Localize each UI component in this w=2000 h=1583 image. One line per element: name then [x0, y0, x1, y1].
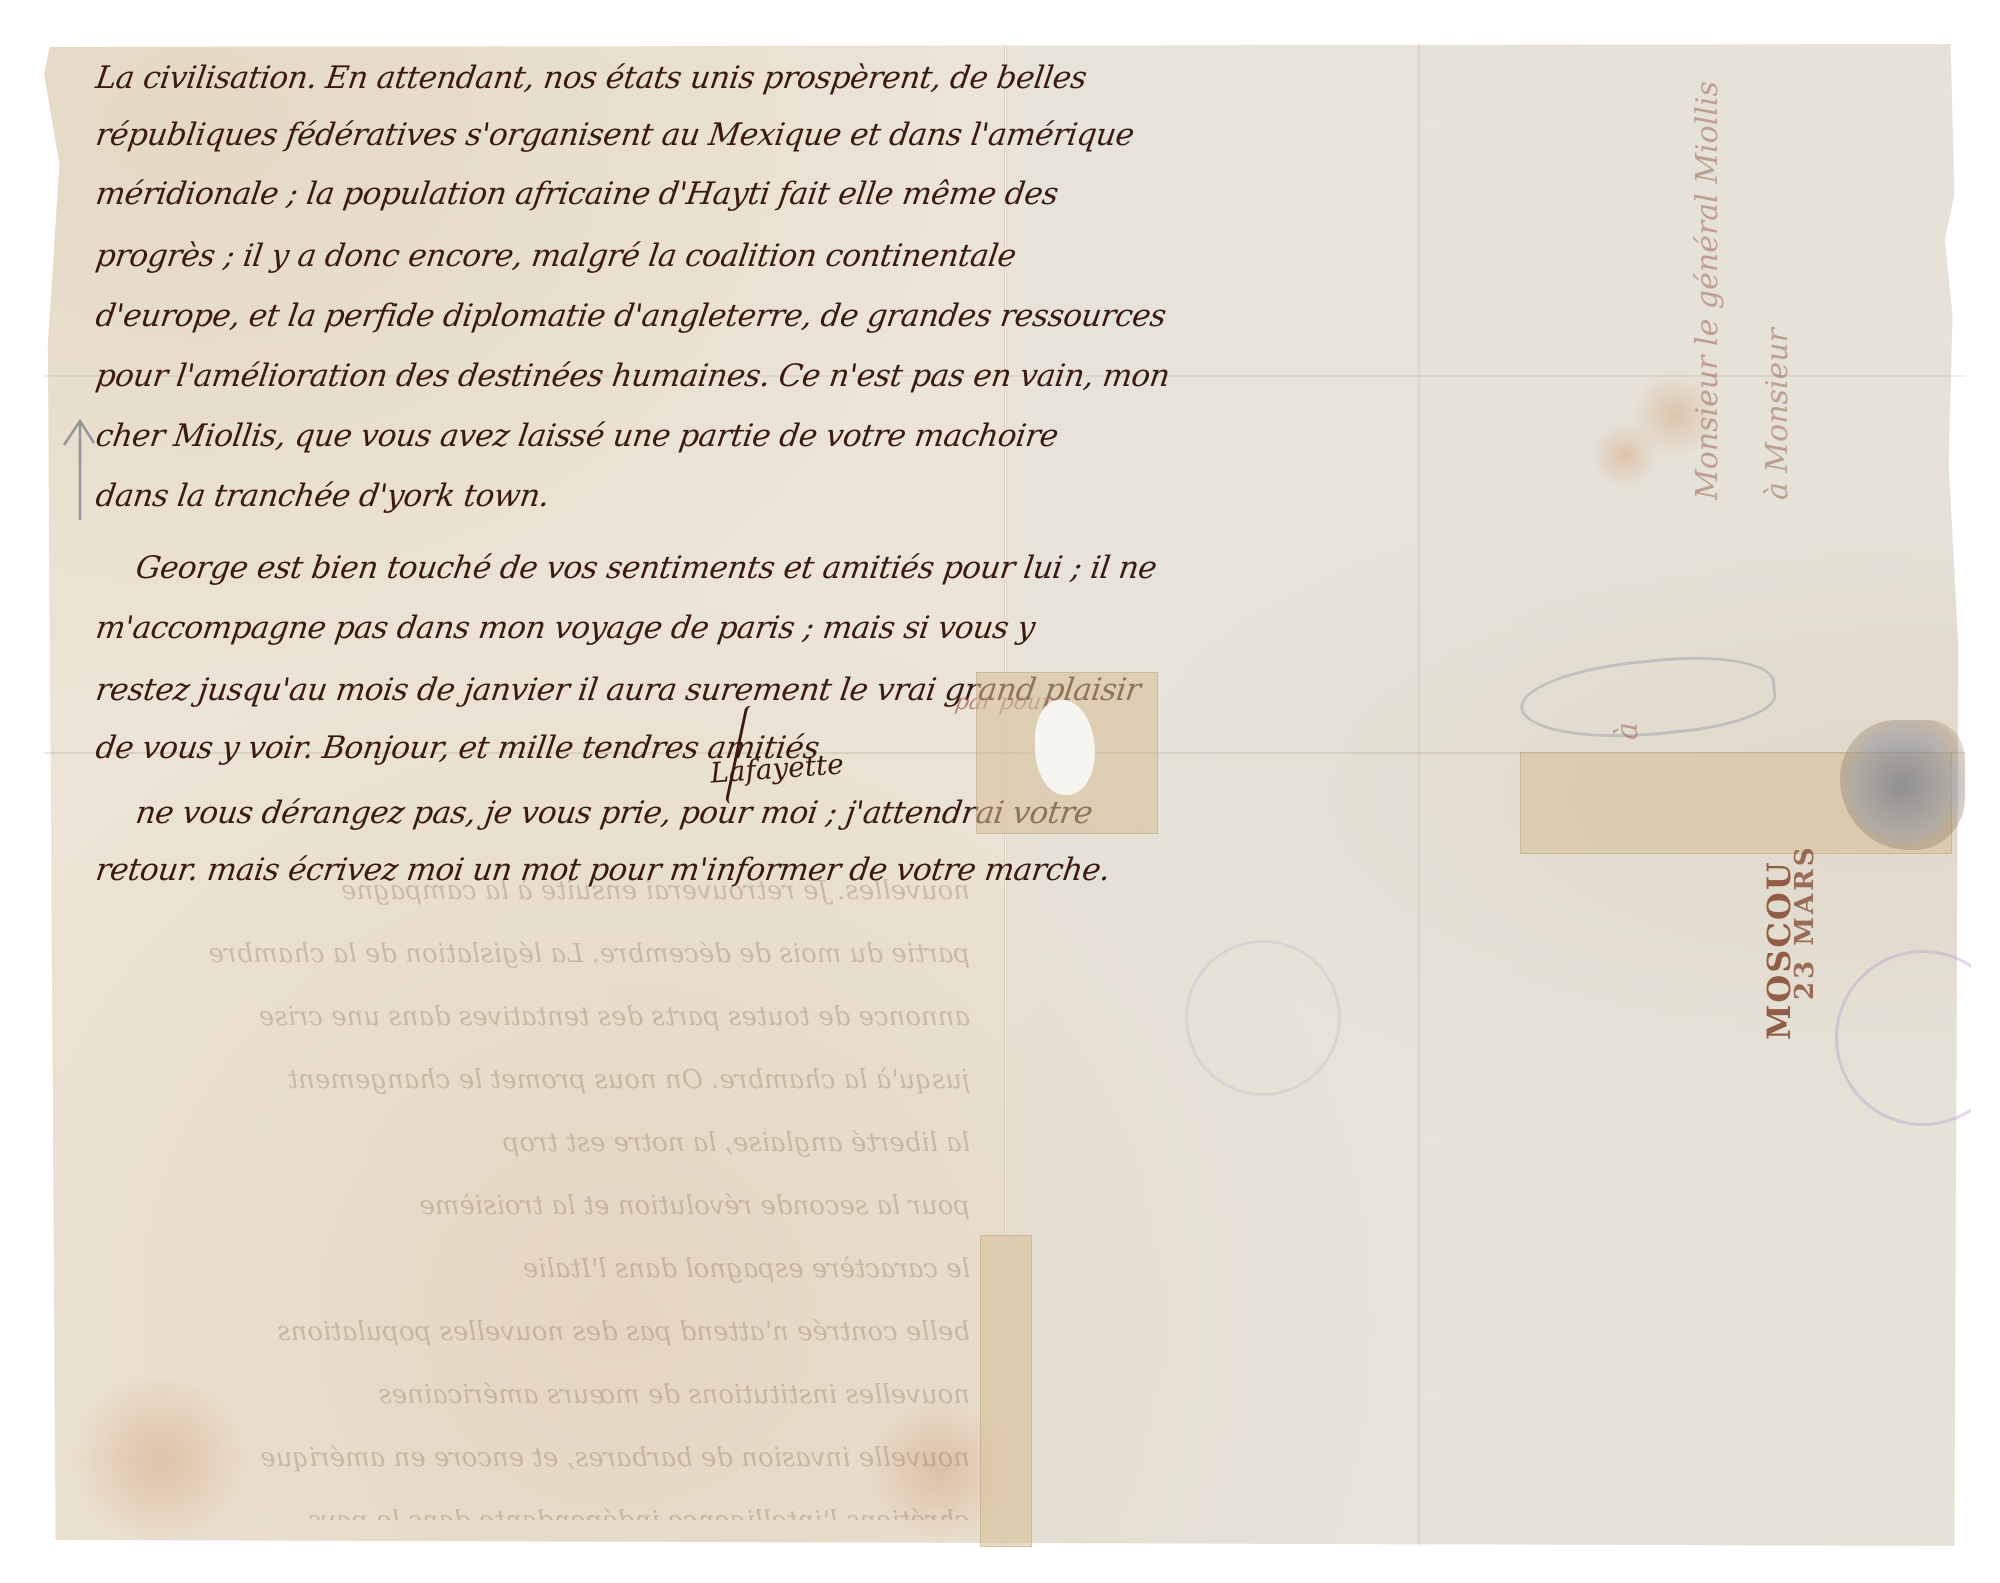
- letter-line: méridionale ; la population africaine d'…: [93, 176, 1060, 212]
- ring-stamp: [1835, 950, 2000, 1126]
- pencil-arrow-icon: [60, 415, 100, 525]
- letter-line: d'europe, et la perfide diplomatie d'ang…: [93, 298, 1168, 334]
- letter-line: m'accompagne pas dans mon voyage de pari…: [93, 610, 1037, 646]
- letter-line: pour l'amélioration des destinées humain…: [93, 358, 1171, 394]
- bleed-line: chrétiens l'intelligence indépendante da…: [90, 1490, 970, 1520]
- document-scan: nouvelles. Je retrouverai ensuite à la c…: [0, 0, 2000, 1583]
- letter-line: La civilisation. En attendant, nos états…: [93, 60, 1088, 96]
- address-line: à: [1610, 722, 1645, 740]
- bleed-line: nouvelle invasion de barbares, et encore…: [90, 1427, 970, 1490]
- address-line: Monsieur le général Miollis: [1690, 81, 1725, 500]
- bleed-line: annonce de toutes parts des tentatives d…: [90, 986, 970, 1049]
- address-line: à Monsieur: [1760, 328, 1795, 500]
- letter-line: dans la tranchée d'york town.: [93, 478, 551, 514]
- bleed-line: pour la seconde révolution et la troisiè…: [90, 1175, 970, 1238]
- bleed-line: le caractère espagnol dans l'Italie: [90, 1238, 970, 1301]
- bleed-line: belle contrée n'attend pas des nouvelles…: [90, 1301, 970, 1364]
- tape-repair: [980, 1235, 1032, 1547]
- letter-line: progrès ; il y a donc encore, malgré la …: [93, 238, 1018, 274]
- bleed-line: nouvelles institutions de mœurs américai…: [90, 1364, 970, 1427]
- ring-stamp: [1185, 940, 1341, 1096]
- postmark-date: 23 MARS: [1790, 844, 1820, 1000]
- letter-line: cher Miollis, que vous avez laissé une p…: [93, 418, 1060, 454]
- letter-line: ne vous dérangez pas, je vous prie, pour…: [133, 795, 1094, 831]
- bleed-line: jusqu'à la chambre. On nous promet le ch…: [90, 1049, 970, 1112]
- bleed-through-text: nouvelles. Je retrouverai ensuite à la c…: [90, 860, 970, 1520]
- letter-line: républiques fédératives s'organisent au …: [93, 117, 1136, 153]
- bleed-line: partie du mois de décembre. La législati…: [90, 923, 970, 986]
- bleed-line: la liberté anglaise, la notre est trop: [90, 1112, 970, 1175]
- letter-line: retour. mais écrivez moi un mot pour m'i…: [93, 852, 1112, 888]
- vertical-fold: [1418, 44, 1420, 1546]
- letter-line: George est bien touché de vos sentiments…: [133, 550, 1158, 586]
